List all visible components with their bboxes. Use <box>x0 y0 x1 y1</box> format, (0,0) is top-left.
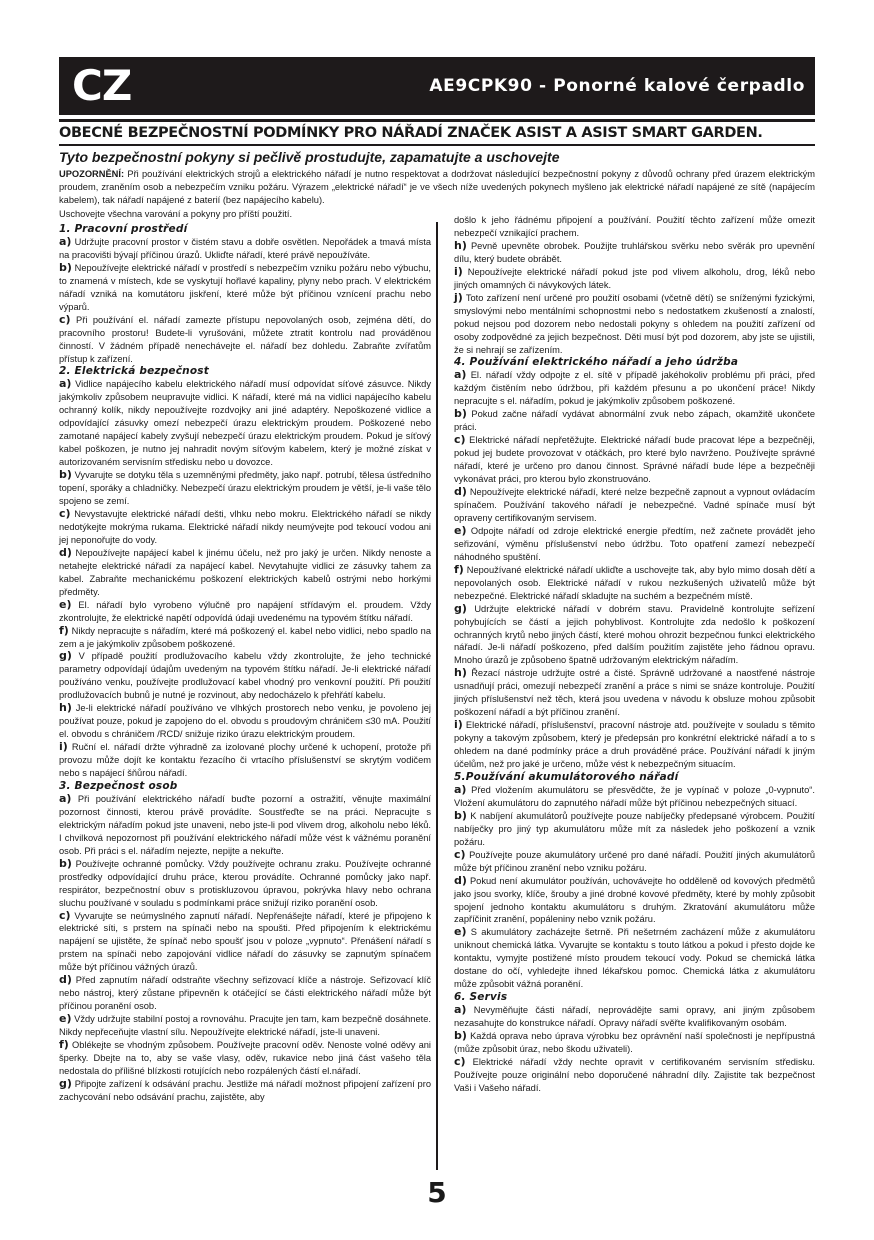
list-item: e) S akumulátory zacházejte šetrně. Při … <box>454 926 815 991</box>
list-item: g) V případě použití prodlužovacího kabe… <box>59 650 431 702</box>
divider-rule <box>59 119 815 122</box>
list-item: b) Nepoužívejte elektrické nářadí v pros… <box>59 262 431 314</box>
list-item: h) Je-li elektrické nářadí používáno ve … <box>59 702 431 741</box>
list-item: i) Nepoužívejte elektrické nářadí pokud … <box>454 266 815 292</box>
list-item: c) Používejte pouze akumulátory určené p… <box>454 849 815 875</box>
divider-rule <box>59 144 815 146</box>
list-item: i) Ruční el. nářadí držte výhradně za iz… <box>59 741 431 780</box>
list-item: e) El. nářadí bylo vyrobeno výlučně pro … <box>59 599 431 625</box>
right-column: došlo k jeho řádnému připojení a používá… <box>454 214 815 1095</box>
list-item: d) Nepoužívejte napájecí kabel k jinému … <box>59 547 431 599</box>
list-item: d) Před zapnutím nářadí odstraňte všechn… <box>59 974 431 1013</box>
list-item: b) Pokud začne nářadí vydávat abnormální… <box>454 408 815 434</box>
list-item: a) Při používání elektrického nářadí buď… <box>59 793 431 858</box>
list-item: e) Vždy udržujte stabilní postoj a rovno… <box>59 1013 431 1039</box>
warning-text: Při používání elektrických strojů a elek… <box>59 169 815 205</box>
list-item: d) Pokud není akumulátor používán, uchov… <box>454 875 815 927</box>
list-item: c) Elektrické nářadí vždy nechte opravit… <box>454 1056 815 1095</box>
product-title: AE9CPK90 - Ponorné kalové čerpadlo <box>429 75 805 97</box>
list-item: c) Elektrické nářadí nepřetěžujte. Elekt… <box>454 434 815 486</box>
list-item: h) Řezací nástroje udržujte ostré a čist… <box>454 667 815 719</box>
list-item: b) Každá oprava nebo úprava výrobku bez … <box>454 1030 815 1056</box>
list-item: d) Nepoužívejte elektrické nářadí, které… <box>454 486 815 525</box>
section-heading: 2. Elektrická bezpečnost <box>59 365 431 378</box>
section-heading: 4. Používání elektrického nářadí a jeho … <box>454 356 815 369</box>
list-item: b) Používejte ochranné pomůcky. Vždy pou… <box>59 858 431 910</box>
list-item: f) Nikdy nepracujte s nářadím, které má … <box>59 625 431 651</box>
intro-paragraph: UPOZORNĚNÍ: Při používání elektrických s… <box>59 168 815 221</box>
left-column: 1. Pracovní prostředí a) Udržujte pracov… <box>59 223 431 1104</box>
language-code: CZ <box>72 61 131 111</box>
list-item: j) Toto zařízení není určené pro použití… <box>454 292 815 357</box>
page-title: OBECNÉ BEZPEČNOSTNÍ PODMÍNKY PRO NÁŘADÍ … <box>59 124 763 142</box>
list-item: a) El. nářadí vždy odpojte z el. sítě v … <box>454 369 815 408</box>
list-item: a) Před vložením akumulátoru se přesvědč… <box>454 784 815 810</box>
section-heading: 6. Servis <box>454 991 815 1004</box>
page-number: 5 <box>0 1176 874 1209</box>
section-heading: 5.Používání akumulátorového nářadí <box>454 771 815 784</box>
list-item: a) Udržujte pracovní prostor v čistém st… <box>59 236 431 262</box>
list-item: a) Vidlice napájecího kabelu elektrickéh… <box>59 378 431 469</box>
warning-label: UPOZORNĚNÍ: <box>59 169 124 179</box>
list-item: b) K nabíjení akumulátorů používejte pou… <box>454 810 815 849</box>
list-item: i) Elektrické nářadí, příslušenství, pra… <box>454 719 815 771</box>
list-item: c) Nevystavujte elektrické nářadí dešti,… <box>59 508 431 547</box>
section-heading: 1. Pracovní prostředí <box>59 223 431 236</box>
list-item: a) Nevyměňujte části nářadí, neprovádějt… <box>454 1004 815 1030</box>
list-item: c) Vyvarujte se neúmyslného zapnutí nářa… <box>59 910 431 975</box>
page-subtitle: Tyto bezpečnostní pokyny si pečlivě pros… <box>59 148 560 166</box>
list-item: c) Při používání el. nářadí zamezte přís… <box>59 314 431 366</box>
list-item: f) Nepoužívané elektrické nářadí ukliďte… <box>454 564 815 603</box>
list-item-continued: došlo k jeho řádnému připojení a používá… <box>454 214 815 240</box>
list-item: f) Oblékejte se vhodným způsobem. Použív… <box>59 1039 431 1078</box>
column-divider <box>436 222 438 1170</box>
header-bar: CZ AE9CPK90 - Ponorné kalové čerpadlo <box>59 57 815 115</box>
list-item: g) Udržujte elektrické nářadí v dobrém s… <box>454 603 815 668</box>
list-item: g) Připojte zařízení k odsávání prachu. … <box>59 1078 431 1104</box>
section-heading: 3. Bezpečnost osob <box>59 780 431 793</box>
list-item: e) Odpojte nářadí od zdroje elektrické e… <box>454 525 815 564</box>
list-item: h) Pevně upevněte obrobek. Použijte truh… <box>454 240 815 266</box>
list-item: b) Vyvarujte se dotyku těla s uzemněnými… <box>59 469 431 508</box>
